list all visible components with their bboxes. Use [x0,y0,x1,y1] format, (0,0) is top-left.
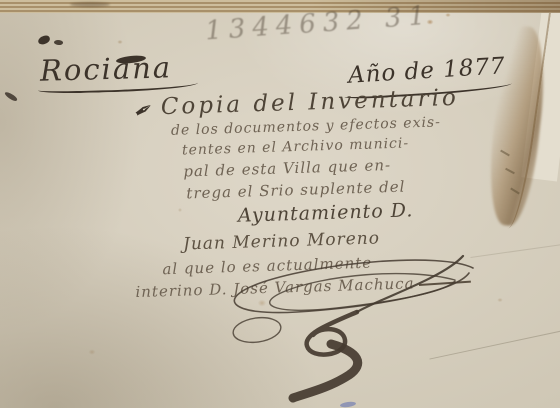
signature-flourish [205,250,490,405]
manuscript-photo: 1344632 31 Rociana Año de 1877 ✒Copia de… [0,0,560,408]
binding-smudge [70,2,110,7]
pen-flourish-icon: ✒ [131,95,162,125]
text-line: Ayuntamiento D. [160,197,491,229]
